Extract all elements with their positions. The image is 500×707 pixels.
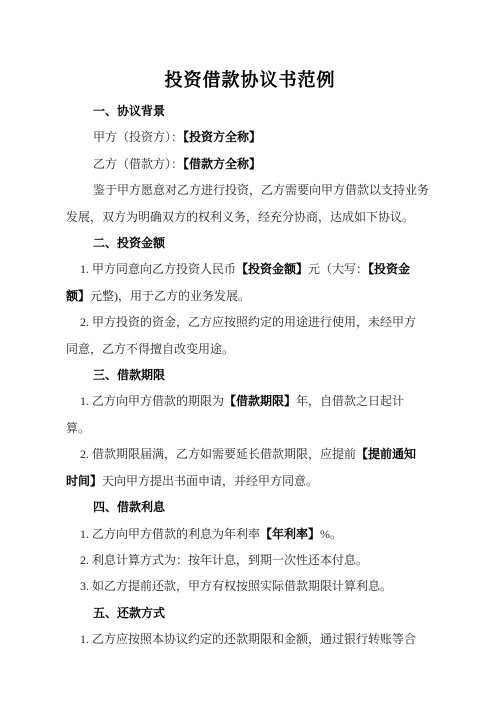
paragraph-line: 时间】天向甲方提出书面申请，并经甲方同意。	[66, 468, 434, 494]
paragraph-line: 额】元整)，用于乙方的业务发展。	[66, 283, 434, 309]
paragraph-line: 1. 乙方向甲方借款的期限为【借款期限】年，自借款之日起计	[66, 388, 434, 414]
placeholder-field: 【借款方全称】	[183, 157, 261, 171]
paragraph-line: 发展，双方为明确双方的权利义务，经充分协商，达成如下协议。	[66, 204, 434, 230]
paragraph-line: 2. 利息计算方式为：按年计息，到期一次性还本付息。	[66, 547, 434, 573]
paragraph-line: 3. 如乙方提前还款，甲方有权按照实际借款期限计算利息。	[66, 573, 434, 599]
paragraph-line: 同意，乙方不得擅自改变用途。	[66, 336, 434, 362]
placeholder-field: 时间】	[66, 474, 102, 488]
document-page: 投资借款协议书范例 一、协议背景甲方（投资方）：【投资方全称】乙方（借款方）：【…	[0, 0, 500, 707]
paragraph-line: 甲方（投资方）：【投资方全称】	[66, 124, 434, 150]
paragraph-line: 乙方（借款方）：【借款方全称】	[66, 151, 434, 177]
placeholder-field: 【投资金额】	[236, 262, 308, 276]
section-heading: 四、借款利息	[66, 494, 434, 520]
document-title: 投资借款协议书范例	[0, 0, 500, 89]
paragraph-line: 1. 乙方向甲方借款的利息为年利率【年利率】%。	[66, 521, 434, 547]
placeholder-field: 【投资金	[368, 262, 410, 276]
paragraph-line: 1. 甲方同意向乙方投资人民币【投资金额】元（大写：【投资金	[66, 256, 434, 282]
document-body: 一、协议背景甲方（投资方）：【投资方全称】乙方（借款方）：【借款方全称】鉴于甲方…	[0, 98, 500, 653]
placeholder-field: 【投资方全称】	[183, 130, 261, 144]
paragraph-line: 算。	[66, 415, 434, 441]
placeholder-field: 额】	[66, 289, 90, 303]
placeholder-field: 【年利率】	[260, 527, 320, 541]
paragraph-line: 1. 乙方应按照本协议约定的还款期限和金额，通过银行转账等合	[66, 626, 434, 652]
section-heading: 一、协议背景	[66, 98, 434, 124]
paragraph-line: 2. 借款期限届满，乙方如需要延长借款期限，应提前【提前通知	[66, 441, 434, 467]
placeholder-field: 【提前通知	[356, 447, 416, 461]
section-heading: 五、还款方式	[66, 600, 434, 626]
placeholder-field: 【借款期限】	[224, 394, 296, 408]
paragraph-line: 鉴于甲方愿意对乙方进行投资，乙方需要向甲方借款以支持业务	[66, 177, 434, 203]
section-heading: 二、投资金额	[66, 230, 434, 256]
section-heading: 三、借款期限	[66, 362, 434, 388]
paragraph-line: 2. 甲方投资的资金，乙方应按照约定的用途进行使用，未经甲方	[66, 309, 434, 335]
